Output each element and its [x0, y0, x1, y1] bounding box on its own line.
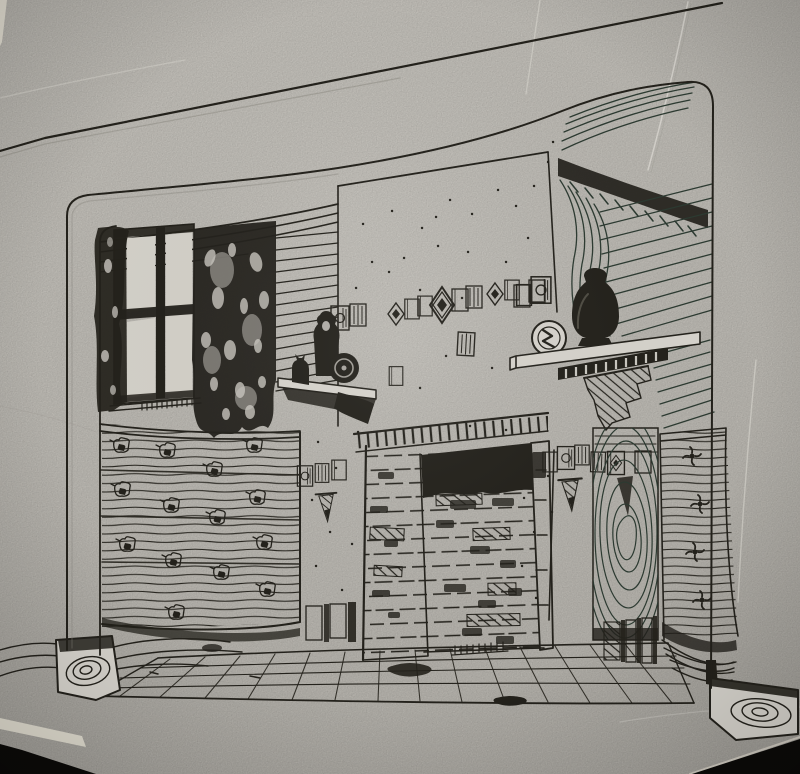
- photo-vignette: [0, 0, 800, 774]
- ink-drawing: [0, 0, 800, 774]
- artwork-photo: [0, 0, 800, 774]
